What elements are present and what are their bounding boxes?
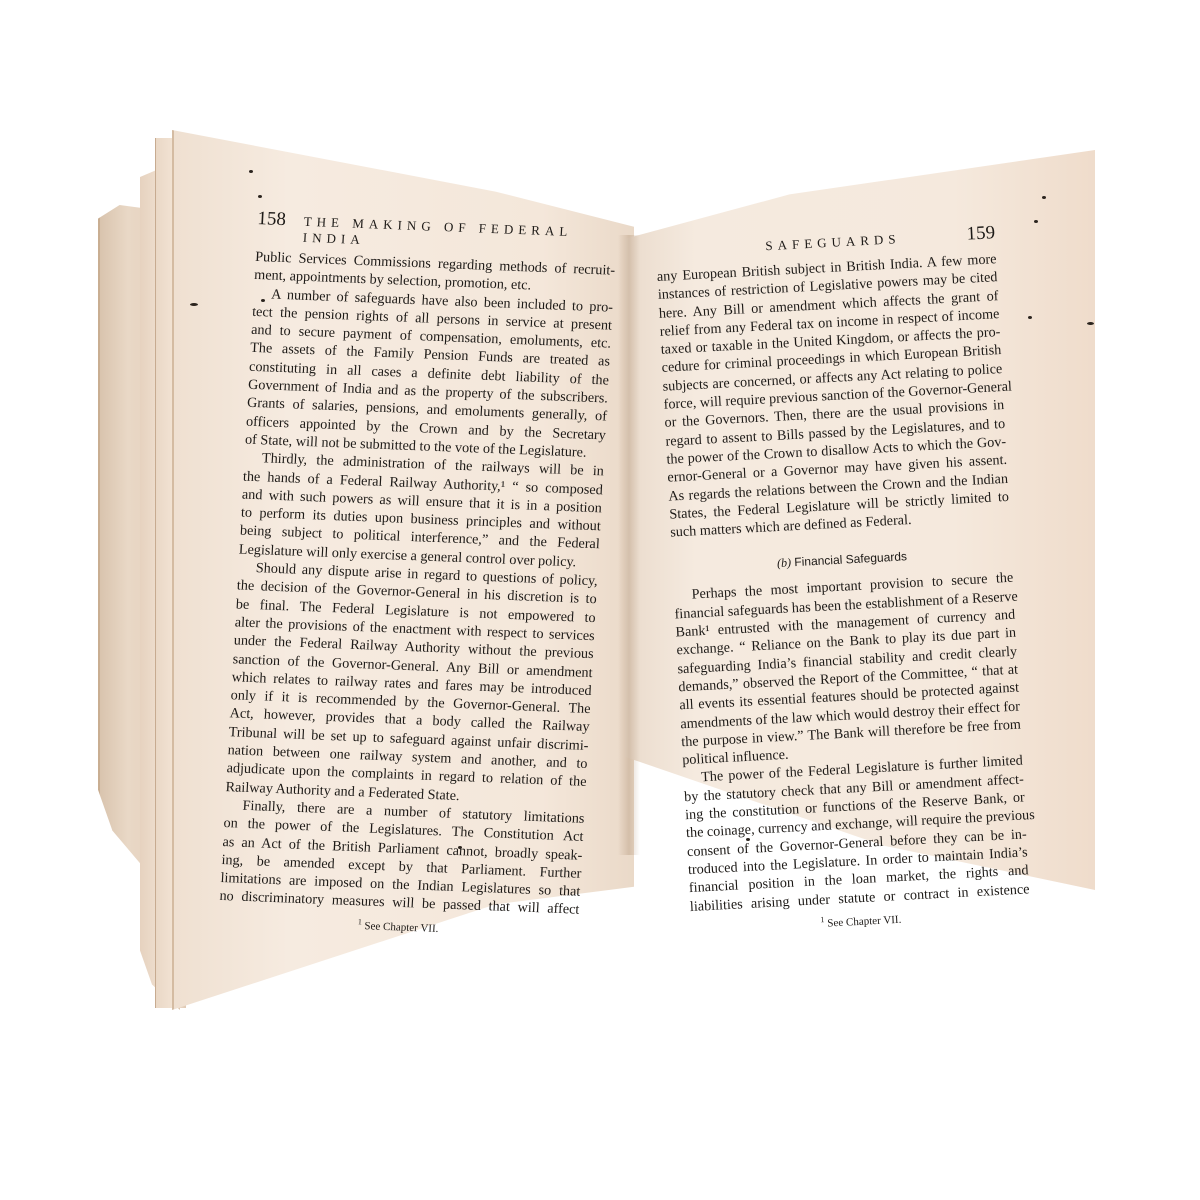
book-gutter: [618, 235, 640, 855]
paper-speck: [258, 195, 262, 198]
left-page-body: Public Services Commissions regarding me…: [219, 248, 616, 919]
footnote-marker: 1: [358, 917, 363, 926]
paper-speck: [1087, 322, 1094, 325]
paper-speck: [249, 170, 253, 173]
paper-speck: [1034, 220, 1038, 223]
paper-speck: [1028, 316, 1032, 319]
right-page-body-top: any European British subject in British …: [656, 250, 1010, 542]
paper-speck: [1042, 196, 1046, 199]
right-page-body-bottom: Perhaps the most important provision to …: [673, 569, 1030, 916]
paper-speck: [190, 303, 198, 306]
left-page-text: 158 THE MAKING OF FEDERAL INDIA Public S…: [218, 208, 618, 940]
section-label: (b): [777, 556, 792, 571]
page-number: 158: [257, 208, 287, 231]
running-head-title: SAFEGUARDS: [765, 231, 901, 254]
footnote-marker: 1: [820, 915, 824, 924]
page-number: 159: [966, 222, 996, 245]
footnote-text: See Chapter VII.: [827, 914, 902, 930]
open-book-photo: 158 THE MAKING OF FEDERAL INDIA Public S…: [0, 0, 1200, 1200]
section-title: Financial Safeguards: [794, 550, 907, 570]
right-page-text: SAFEGUARDS 159 any European British subj…: [655, 222, 1031, 936]
